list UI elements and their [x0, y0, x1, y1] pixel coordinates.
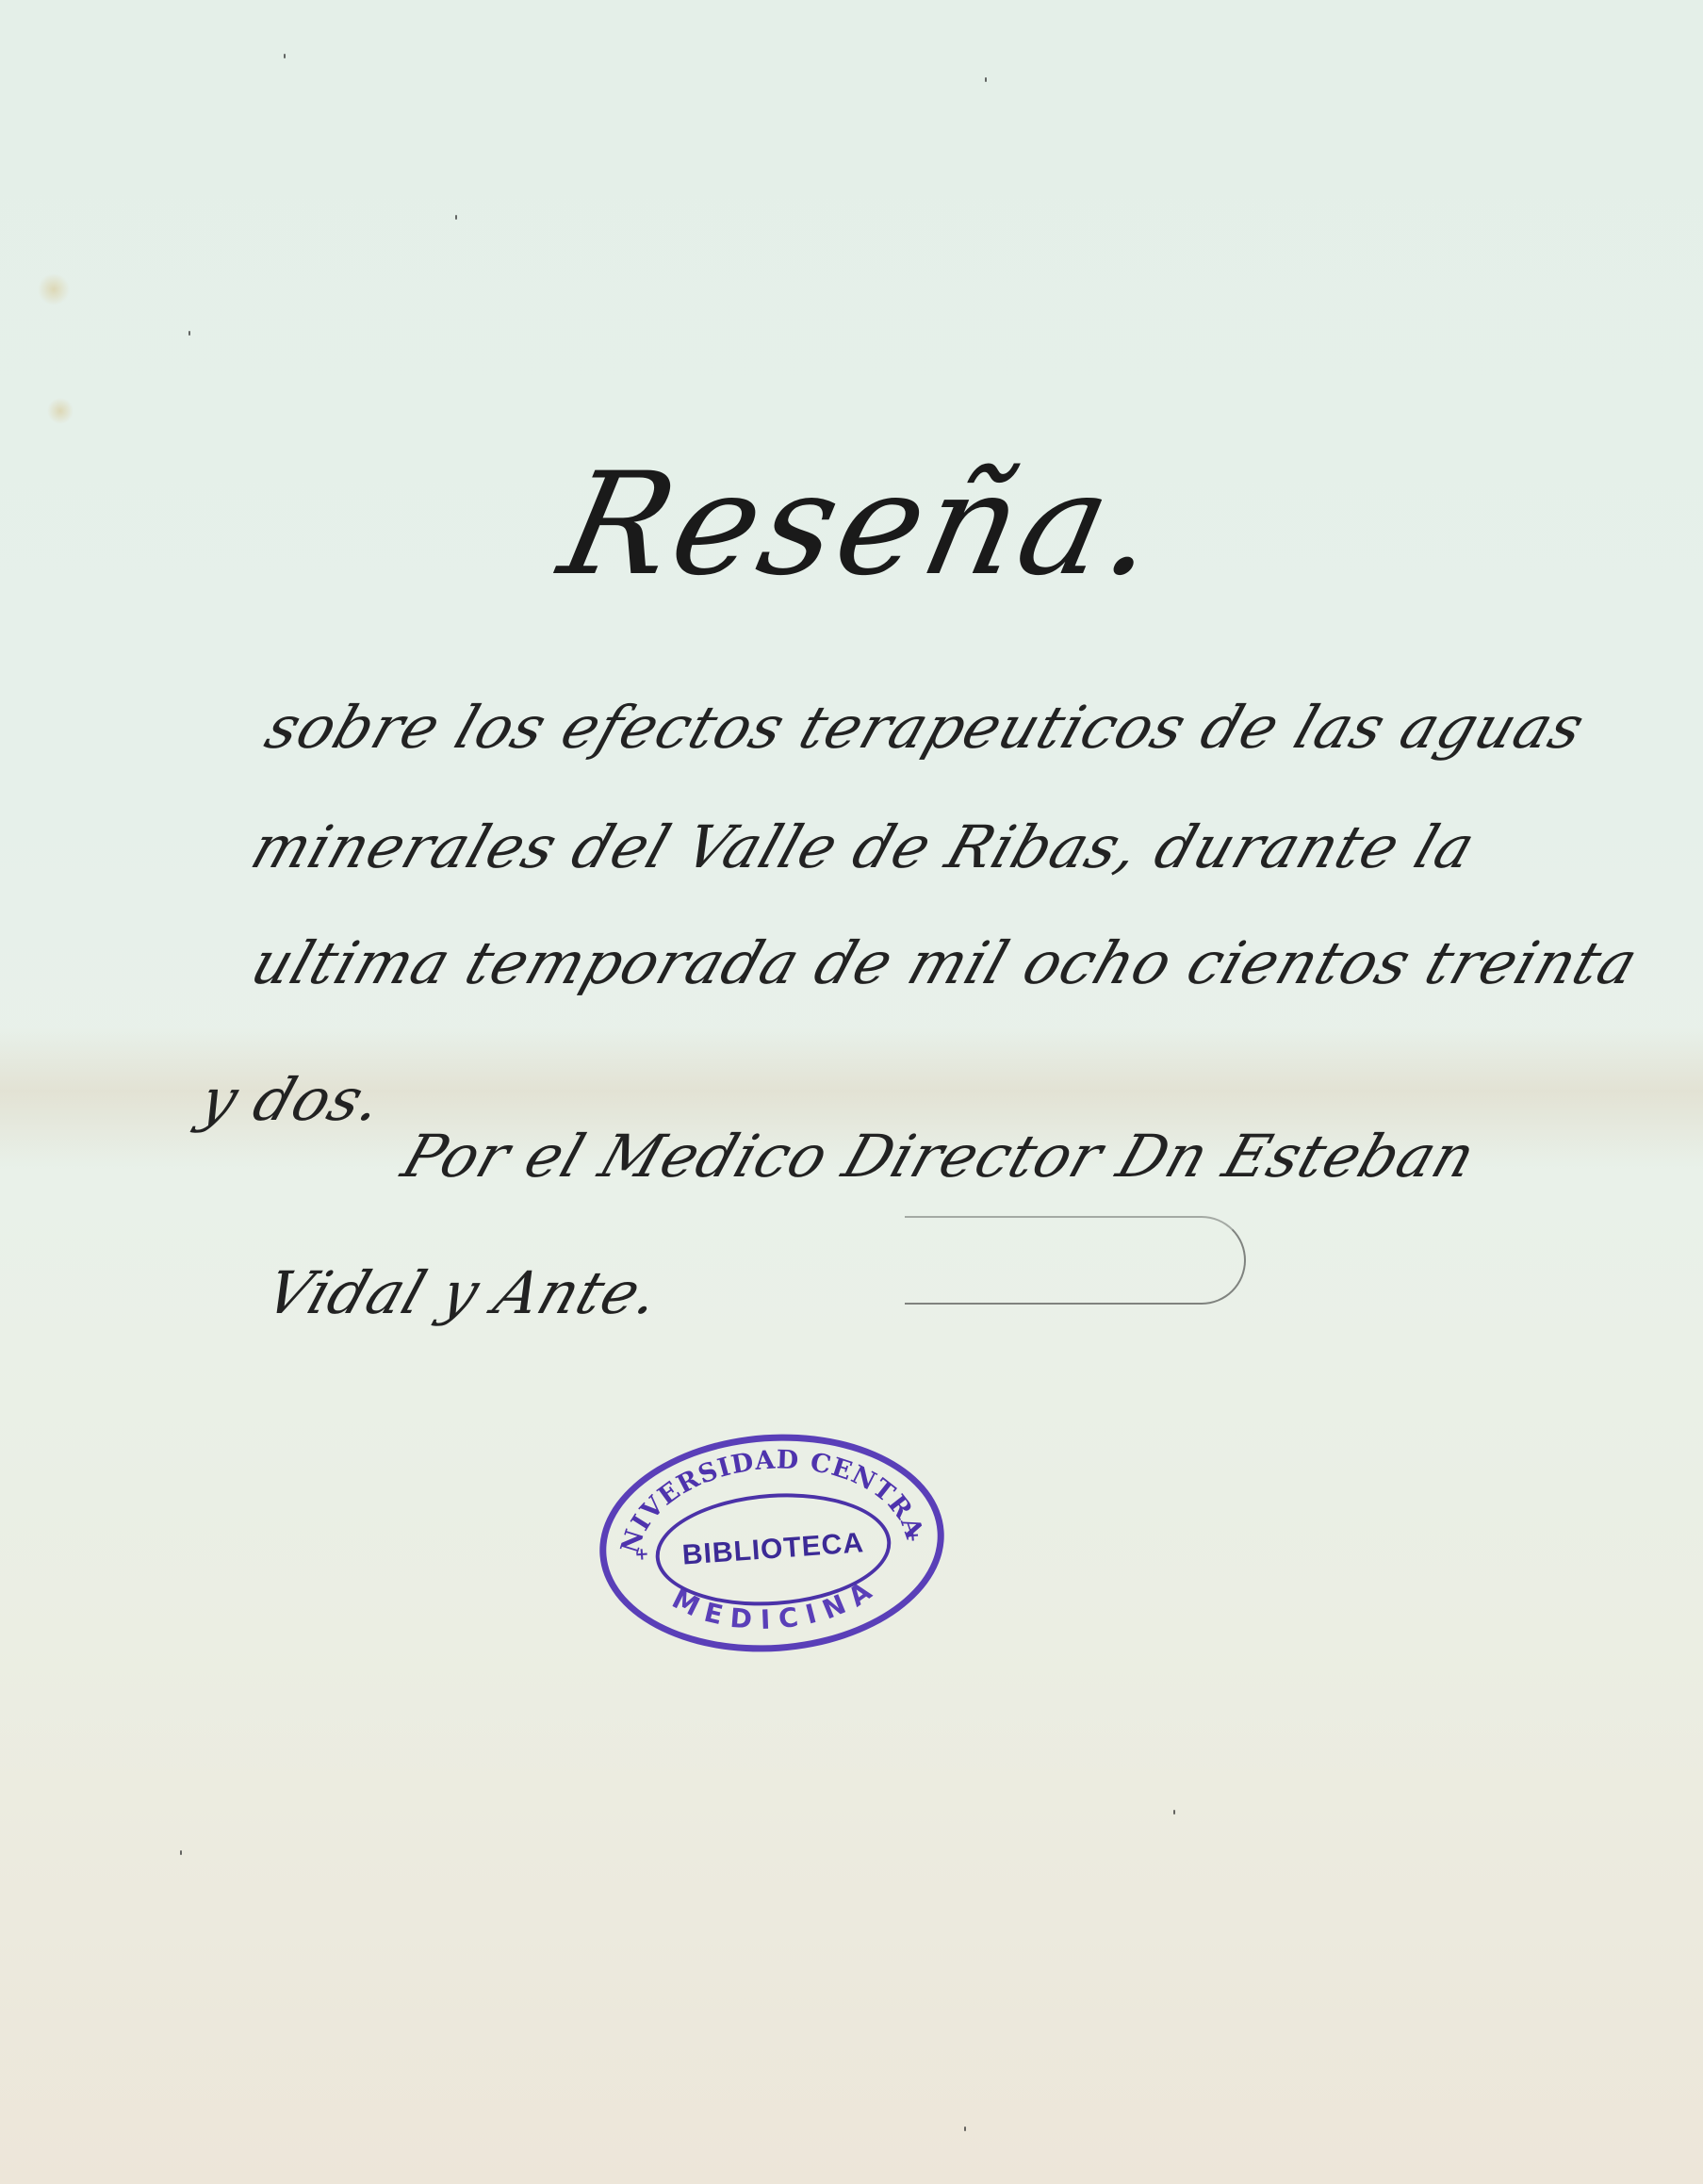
- author-name-line: Vidal y Ante.: [257, 1258, 669, 1327]
- stamp-cross-icon: +: [634, 1544, 650, 1565]
- paper-speck: [455, 215, 457, 220]
- library-stamp: UNIVERSIDAD CENTRAL MEDICINA + + BIBLIOT…: [592, 1423, 951, 1664]
- stamp-cross-icon: +: [905, 1525, 921, 1546]
- paper-speck: [985, 77, 987, 82]
- stamp-center-text: BIBLIOTECA: [681, 1527, 865, 1571]
- paper-speck: [964, 2127, 966, 2131]
- paper-speck: [180, 1850, 182, 1855]
- text-line-2: minerales del Valle de Ribas, durante la: [243, 813, 1483, 881]
- text-line-4: y dos.: [191, 1065, 392, 1134]
- document-title: Reseña.: [549, 443, 1149, 607]
- paper-speck: [284, 54, 286, 58]
- text-line-1: sobre los efectos terapeuticos de las ag…: [257, 693, 1594, 762]
- signature-flourish: [905, 1216, 1246, 1305]
- foxing-spot: [38, 273, 70, 305]
- author-line: Por el Medico Director Dn Esteban: [394, 1122, 1484, 1191]
- text-line-3: ultima temporada de mil ocho cientos tre…: [243, 928, 1646, 997]
- paper-speck: [1173, 1810, 1175, 1815]
- foxing-spot: [47, 398, 74, 424]
- paper-speck: [188, 331, 190, 336]
